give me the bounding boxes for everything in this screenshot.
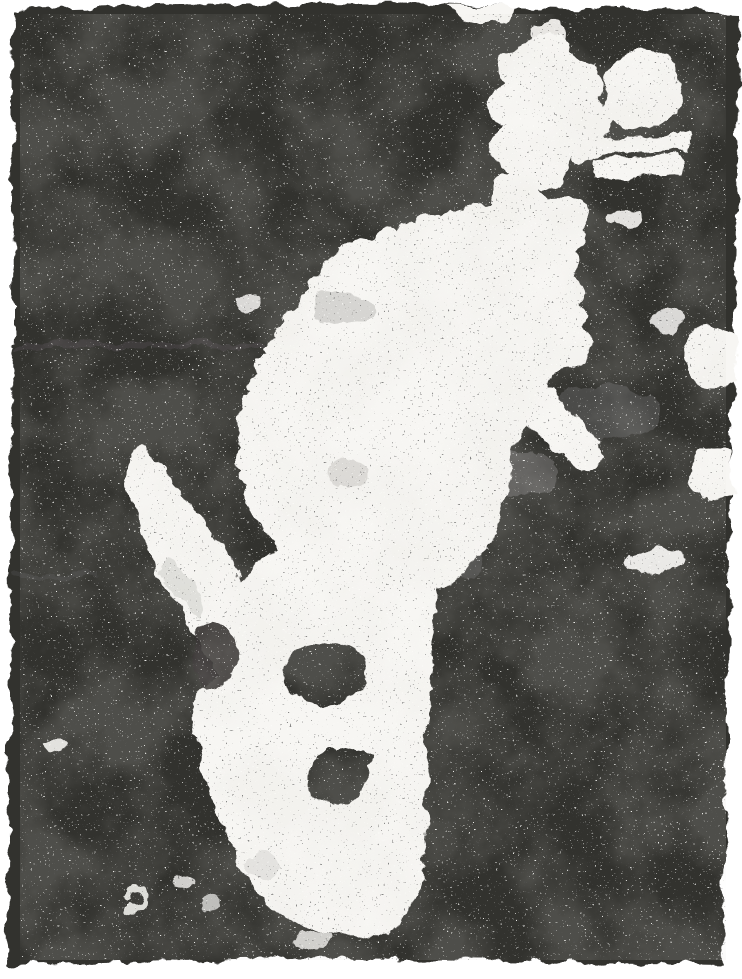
scanned-photograph — [0, 0, 742, 979]
scanned-page — [0, 0, 742, 979]
grain-overlays — [14, 8, 739, 966]
dark-grain-overlay — [14, 8, 739, 966]
